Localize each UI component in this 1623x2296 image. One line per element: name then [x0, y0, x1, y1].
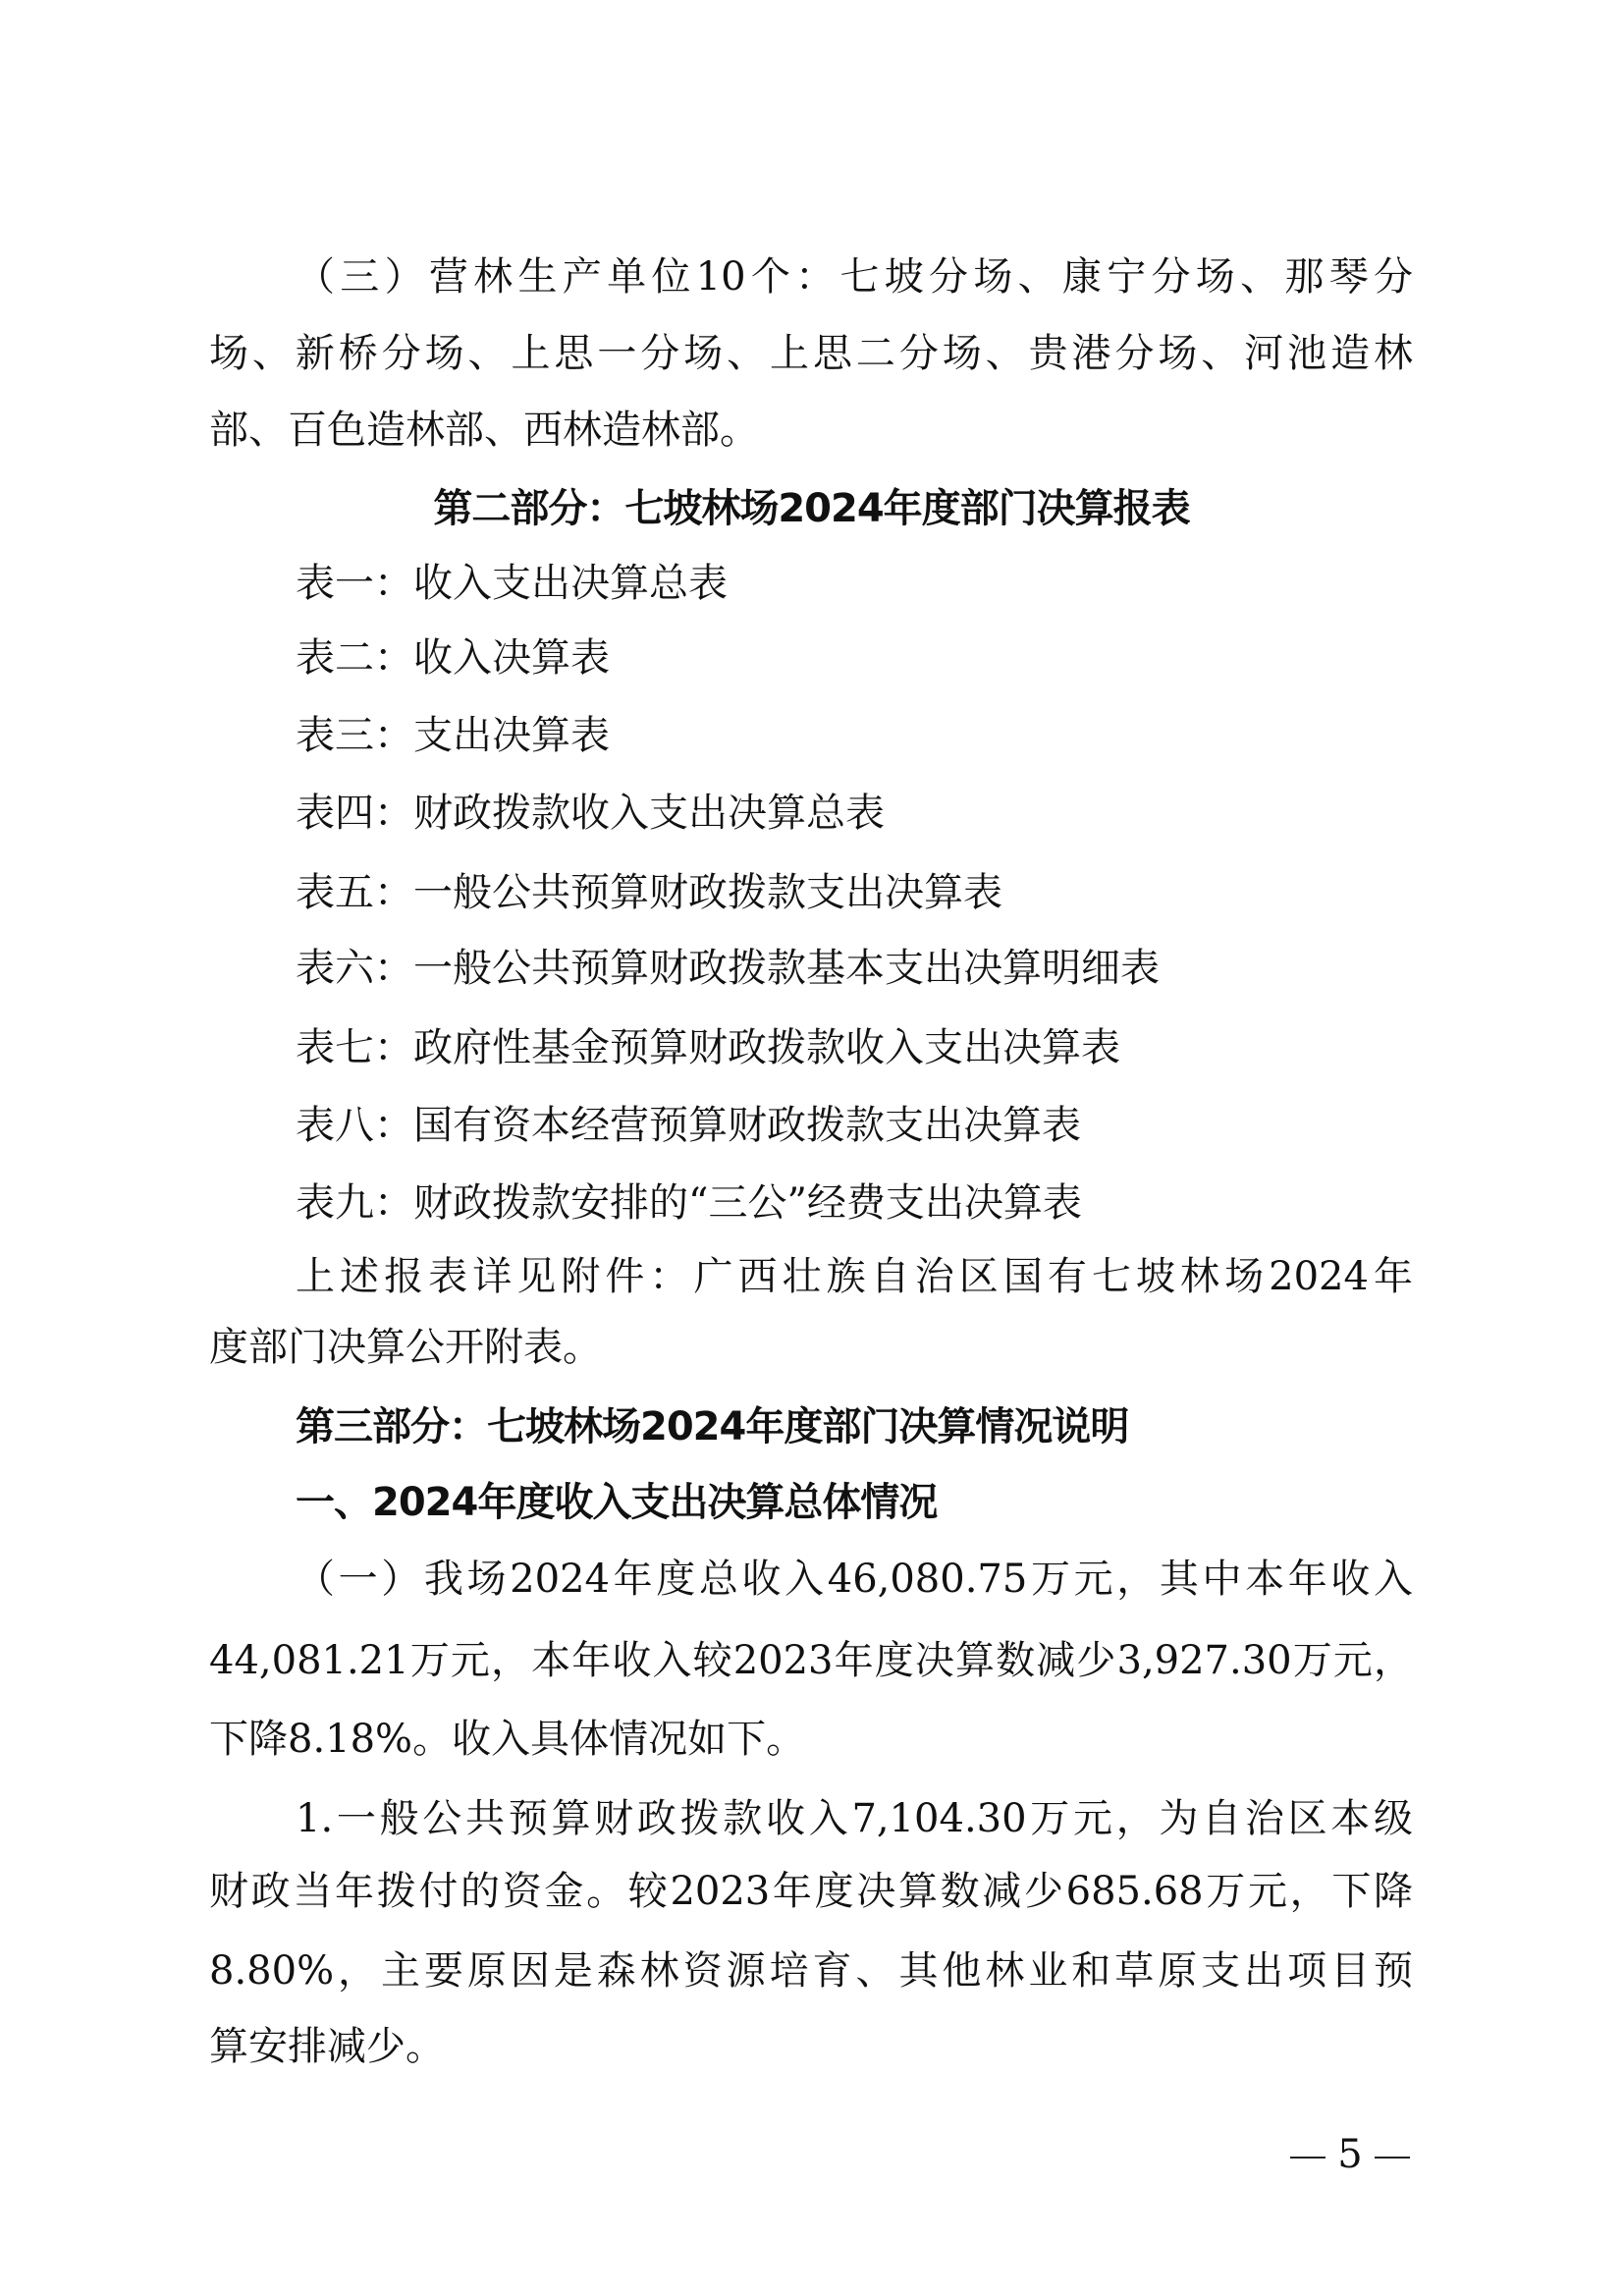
paragraph-line: 场、新桥分场、上思一分场、上思二分场、贵港分场、河池造林: [209, 324, 1413, 383]
paragraph-line: 度部门决算公开附表。: [209, 1318, 1413, 1377]
table-list-item: 表二：收入决算表: [296, 629, 1413, 687]
paragraph-line: 下降8.18%。收入具体情况如下。: [209, 1710, 1413, 1769]
paragraph-line: 部、百色造林部、西林造林部。: [209, 401, 1413, 460]
paragraph-line: 上述报表详见附件：广西壮族自治区国有七坡林场2024年: [296, 1247, 1413, 1306]
paragraph-line: 8.80%，主要原因是森林资源培育、其他林业和草原支出项目预: [209, 1941, 1413, 2000]
em-dash-right: [1375, 2157, 1410, 2159]
table-list-item: 表四：财政拨款收入支出决算总表: [296, 784, 1413, 843]
page-number: 5: [1337, 2132, 1362, 2177]
page-number-footer: 5: [1267, 2125, 1434, 2184]
paragraph-line: 44,081.21万元，本年收入较2023年度决算数减少3,927.30万元，: [209, 1631, 1413, 1690]
table-list-item: 表五：一般公共预算财政拨款支出决算表: [296, 863, 1413, 922]
part3-title: 第三部分：七坡林场2024年度部门决算情况说明: [296, 1397, 1413, 1456]
paragraph-line: （三）营林生产单位10个：七坡分场、康宁分场、那琴分: [296, 247, 1413, 306]
table-list-item: 表九：财政拨款安排的“三公”经费支出决算表: [296, 1174, 1413, 1232]
table-list-item: 表一：收入支出决算总表: [296, 554, 1413, 613]
table-list-item: 表三：支出决算表: [296, 706, 1413, 765]
part2-title: 第二部分：七坡林场2024年度部门决算报表: [0, 479, 1623, 538]
table-list-item: 表八：国有资本经营预算财政拨款支出决算表: [296, 1096, 1413, 1155]
table-list-item: 表七：政府性基金预算财政拨款收入支出决算表: [296, 1018, 1413, 1077]
paragraph-line: 财政当年拨付的资金。较2023年度决算数减少685.68万元，下降: [209, 1862, 1413, 1921]
document-page: （三）营林生产单位10个：七坡分场、康宁分场、那琴分 场、新桥分场、上思一分场、…: [0, 0, 1623, 2296]
section-title: 一、2024年度收入支出决算总体情况: [296, 1473, 1413, 1532]
paragraph-line: 算安排减少。: [209, 2017, 1413, 2076]
em-dash-left: [1290, 2157, 1325, 2159]
table-list-item: 表六：一般公共预算财政拨款基本支出决算明细表: [296, 939, 1413, 998]
paragraph-line: （一）我场2024年度总收入46,080.75万元，其中本年收入: [296, 1550, 1413, 1609]
paragraph-line: 1.一般公共预算财政拨款收入7,104.30万元，为自治区本级: [296, 1789, 1413, 1848]
